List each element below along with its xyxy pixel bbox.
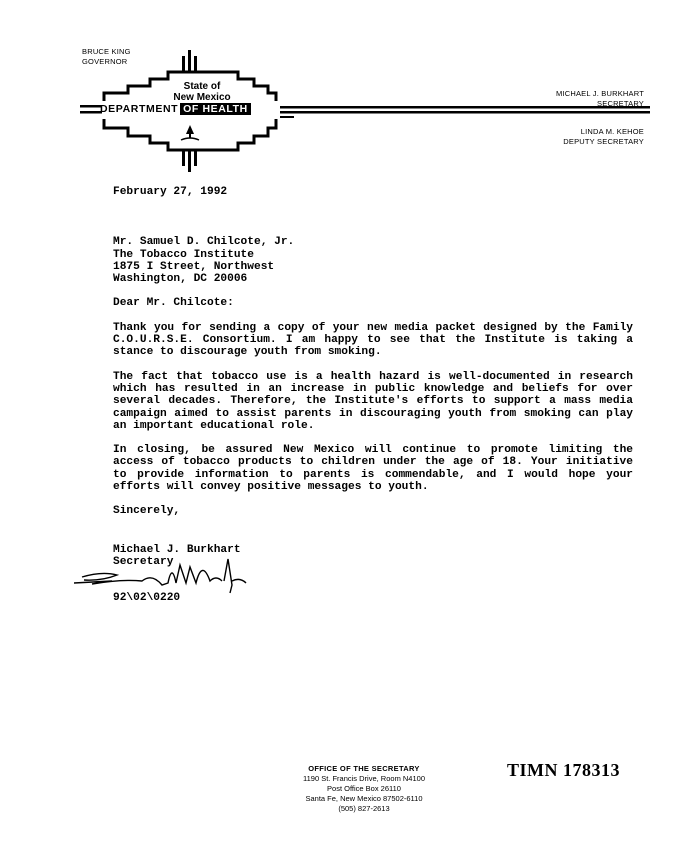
footer-line: Post Office Box 26110 <box>284 784 444 794</box>
signature-icon <box>72 553 252 597</box>
footer-office: OFFICE OF THE SECRETARY <box>284 764 444 774</box>
recipient-line: The Tobacco Institute <box>113 249 633 261</box>
recipient-line: 1875 I Street, Northwest <box>113 261 633 273</box>
recipient-address: Mr. Samuel D. Chilcote, Jr. The Tobacco … <box>113 236 633 285</box>
paragraph: Thank you for sending a copy of your new… <box>113 322 633 359</box>
deputy-secretary-name: LINDA M. KEHOE <box>556 127 644 137</box>
footer-line: 1190 St. Francis Drive, Room N4100 <box>284 774 444 784</box>
deputy-secretary-title: DEPUTY SECRETARY <box>556 137 644 147</box>
footer-line: (505) 827-2613 <box>284 804 444 814</box>
document-id: TIMN 178313 <box>507 760 620 781</box>
logo-department-name: DEPARTMENTOF HEALTH <box>100 102 251 116</box>
recipient-line: Washington, DC 20006 <box>113 273 633 285</box>
salutation: Dear Mr. Chilcote: <box>113 297 633 309</box>
letter-body: February 27, 1992 Mr. Samuel D. Chilcote… <box>113 186 633 605</box>
footer-address: OFFICE OF THE SECRETARY 1190 St. Francis… <box>284 764 444 814</box>
paragraph: The fact that tobacco use is a health ha… <box>113 371 633 432</box>
closing: Sincerely, <box>113 505 633 517</box>
officials-block: MICHAEL J. BURKHART SECRETARY LINDA M. K… <box>556 89 644 147</box>
logo-state-name: State of New Mexico <box>160 81 244 103</box>
secretary-title: SECRETARY <box>556 99 644 109</box>
footer-line: Santa Fe, New Mexico 87502-6110 <box>284 794 444 804</box>
recipient-line: Mr. Samuel D. Chilcote, Jr. <box>113 236 633 248</box>
secretary-name: MICHAEL J. BURKHART <box>556 89 644 99</box>
letter-date: February 27, 1992 <box>113 186 633 198</box>
paragraph: In closing, be assured New Mexico will c… <box>113 444 633 493</box>
